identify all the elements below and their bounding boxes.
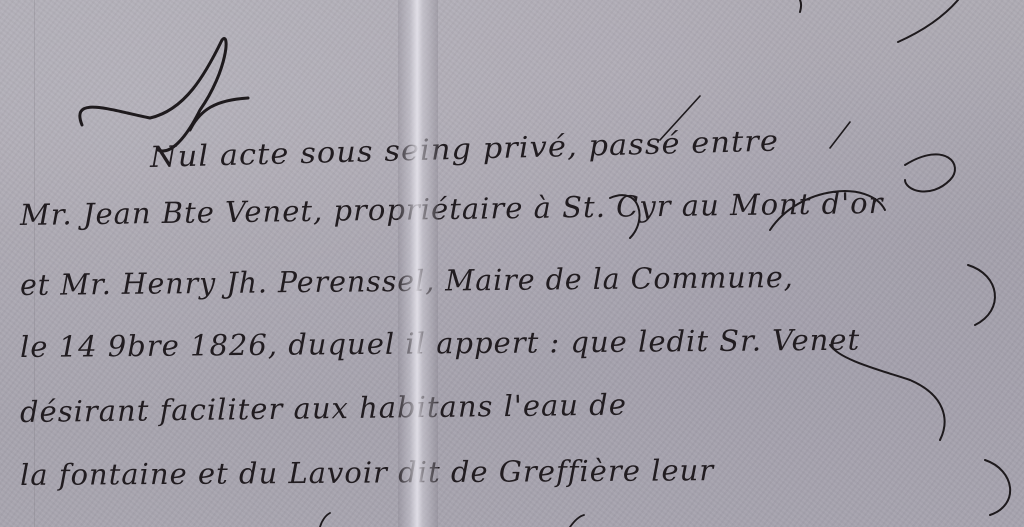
manuscript-line-2: Mr. Jean Bte Venet, propriétaire à St. C… [20,186,884,232]
manuscript-line-4: le 14 9bre 1826, duquel il appert : que … [20,323,860,364]
manuscript-page: Nul acte sous seing privé, passé entre M… [0,0,1024,527]
manuscript-line-3: et Mr. Henry Jh. Perenssel, Maire de la … [20,260,794,302]
manuscript-line-6: la fontaine et du Lavoir dit de Greffièr… [20,453,714,492]
margin-line [34,0,35,527]
manuscript-line-1: Nul acte sous seing privé, passé entre [150,124,780,174]
manuscript-line-5: désirant faciliter aux habitans l'eau de [20,388,627,429]
